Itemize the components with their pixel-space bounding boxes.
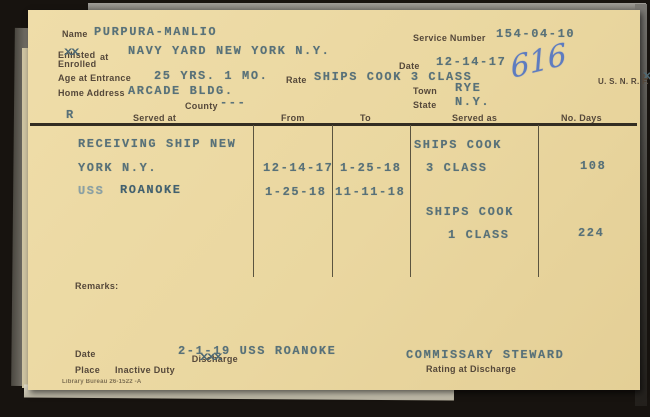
discharge-date-label: Date [75,349,96,359]
age-value: 25 YRS. 1 MO. [154,69,268,83]
entry2-served-as-line1: SHIPS COOK [426,205,514,219]
enrolled-label: Enrolled [58,59,96,69]
discharge-place-label: Place [75,365,100,375]
entry2-served-as-line2: 1 CLASS [448,228,510,242]
home-address-value: ARCADE BLDG. [128,84,234,98]
name-value: PURPURA-MANLIO [94,25,217,39]
entry2-to: 11-11-18 [335,185,405,199]
service-record-card: Name PURPURA-MANLIO Enlisted XX at Enrol… [28,10,640,390]
col-served-at-label: Served at [133,113,176,123]
discharge-value: 2-1-19 USS ROANOKE [178,344,336,358]
county-label: County [185,101,218,111]
entry1-from: 12-14-17 [263,161,333,175]
handwritten-number: 616 [509,37,568,86]
inactive-duty-label: Inactive Duty [115,365,175,375]
rating-at-discharge-label: Rating at Discharge [426,364,516,374]
col-from-label: From [281,113,305,123]
at-label: at [100,52,109,62]
entry2-served-at-prefix: USS [78,184,104,198]
name-label: Name [62,29,88,39]
r-mark: R [66,108,75,122]
remarks-label: Remarks: [75,281,118,291]
col-divider-4 [538,125,539,277]
town-label: Town [413,86,437,96]
rate-label: Rate [286,75,307,85]
usnrf-label: U. S. N. R. F. [598,77,649,86]
col-divider-2 [332,125,333,277]
entry2-served-at: ROANOKE [120,183,182,197]
entry2-from: 1-25-18 [265,185,327,199]
county-value: --- [220,96,246,110]
printer-mark: Library Bureau 26-1522 -A [62,379,141,385]
table-top-rule [30,123,637,126]
service-number-label: Service Number [413,33,486,43]
date-value: 12-14-17 [436,55,506,69]
state-label: State [413,100,437,110]
rate-value: SHIPS COOK 3 CLASS [314,70,472,84]
entry1-served-as-line2: 3 CLASS [426,161,488,175]
col-to-label: To [360,113,371,123]
entry1-no-days: 108 [580,159,606,173]
town-value: RYE [455,81,481,95]
entry1-to: 1-25-18 [340,161,402,175]
col-served-as-label: Served as [452,113,497,123]
col-no-days-label: No. Days [561,113,602,123]
entry1-served-at-line1: RECEIVING SHIP NEW [78,137,236,151]
entry2-no-days: 224 [578,226,604,240]
entry1-served-at-line2: YORK N.Y. [78,161,157,175]
enlisted-strike-mark: XX [64,48,78,59]
col-divider-1 [253,125,254,277]
station-value: NAVY YARD NEW YORK N.Y. [128,44,330,58]
col-divider-3 [410,125,411,277]
rating-at-discharge-value: COMMISSARY STEWARD [406,348,564,362]
state-value: N.Y. [455,95,490,109]
age-at-entrance-label: Age at Entrance [58,73,131,83]
home-address-label: Home Address [58,88,125,98]
entry1-served-as-line1: SHIPS COOK [414,138,502,152]
